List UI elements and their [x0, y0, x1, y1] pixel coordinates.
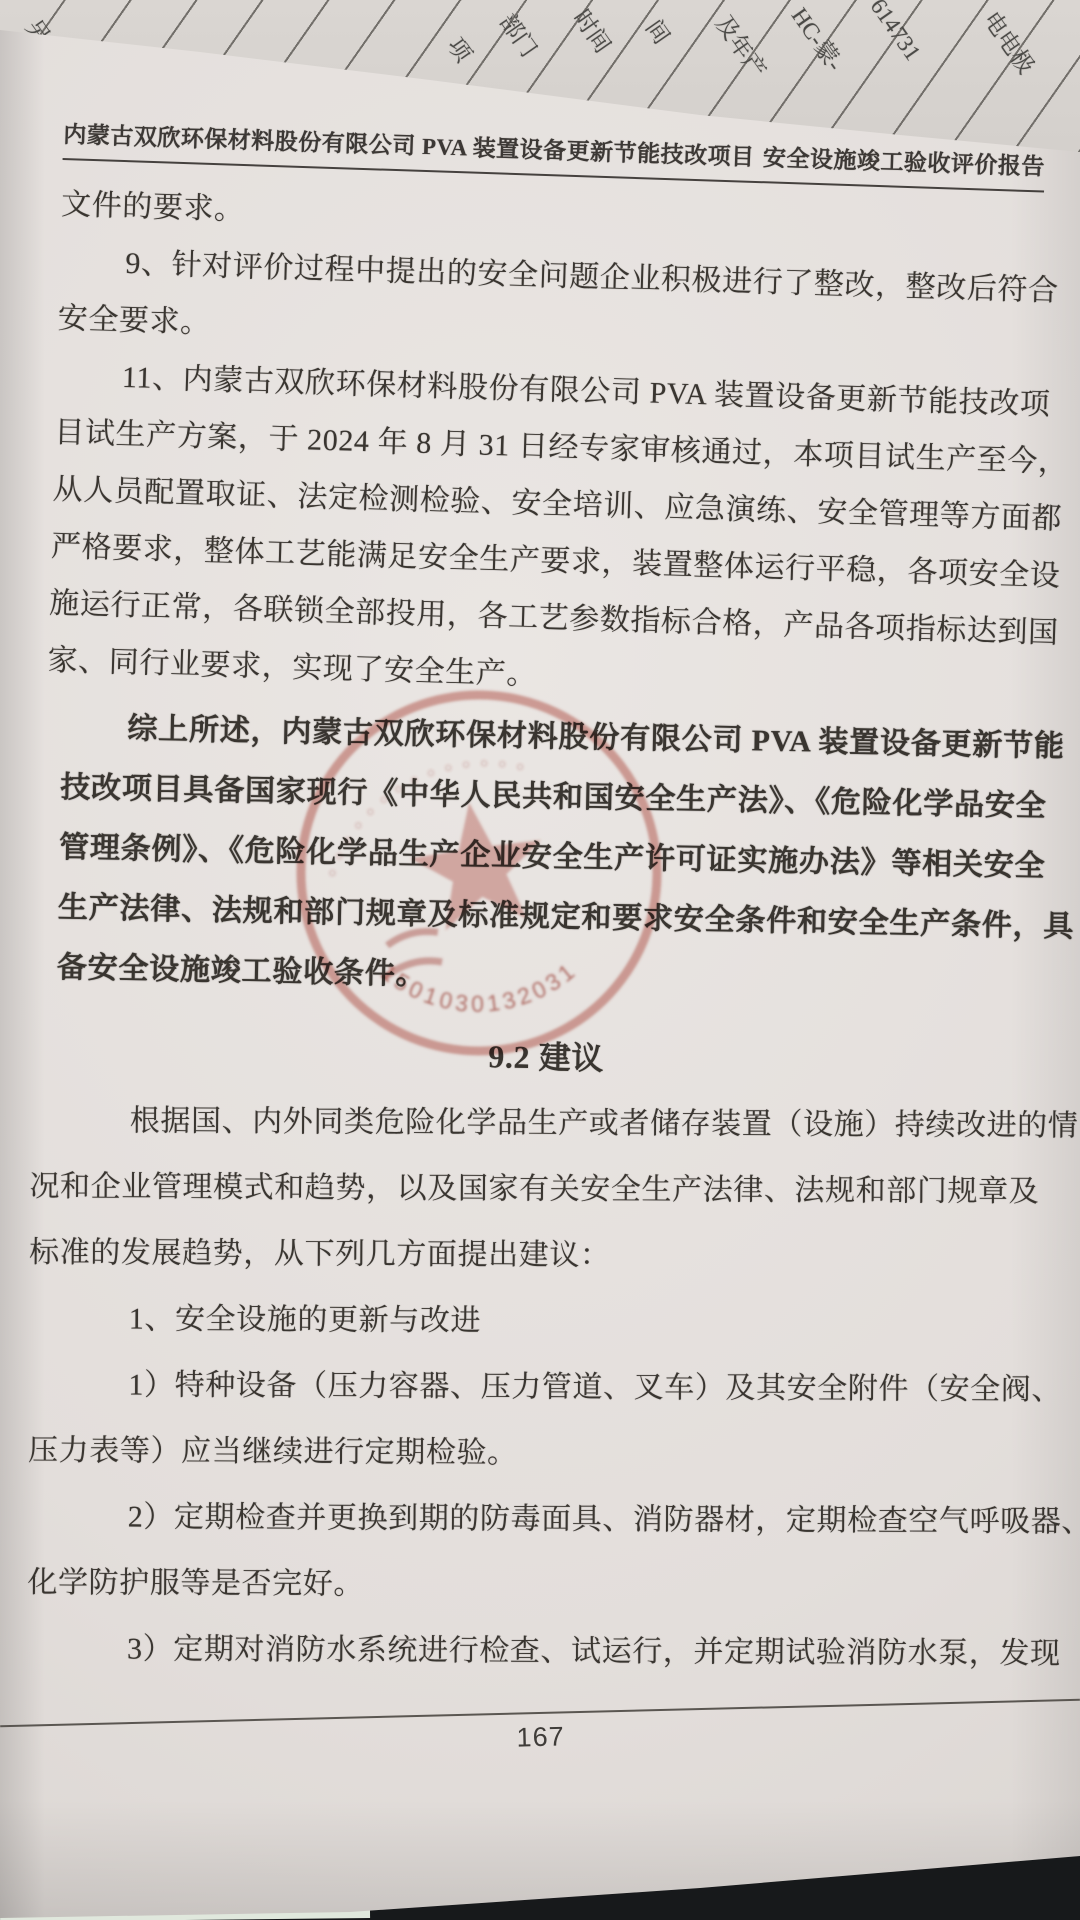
page-footer: 167: [0, 1699, 1080, 1766]
seal-handwriting-strokes: [378, 929, 443, 978]
text-line: 根据国、内外同类危险化学品生产或者储存装置（设施）持续改进的情: [30, 1088, 1044, 1159]
backdrop-text-fragment: 614731: [865, 0, 926, 65]
backdrop-text-fragment: 部门: [493, 6, 546, 63]
text-line: 2）定期检查并更换到期的防毒面具、消防器材，定期检查空气呼吸器、: [28, 1484, 1042, 1555]
header-title-left: 内蒙古双欣环保材料股份有限公司 PVA 装置设备更新节能技改项目: [63, 116, 755, 172]
text-line: 标准的发展趋势，从下列几方面提出建议：: [29, 1220, 1043, 1291]
body-section-top: 文件的要求。9、针对评价过程中提出的安全问题企业积极进行了整改，整改后符合安全要…: [47, 176, 1044, 718]
backdrop-text-fragment: 项: [441, 30, 481, 68]
seal-number: 1501030132031: [373, 933, 586, 1032]
backdrop-text-fragment: 及年产: [709, 8, 776, 83]
text-line: 1）特种设备（压力容器、压力管道、叉车）及其安全附件（安全阀、: [28, 1352, 1042, 1423]
text-line: 1、安全设施的更新与改进: [29, 1286, 1043, 1357]
star-icon: [404, 794, 552, 934]
text-line: 压力表等）应当继续进行定期检验。: [28, 1418, 1042, 1489]
body-section-suggestions: 根据国、内外同类危险化学品生产或者储存装置（设施）持续改进的情况和企业管理模式和…: [27, 1088, 1044, 1687]
text-line: 况和企业管理模式和趋势，以及国家有关安全生产法律、法规和部门规章及: [29, 1154, 1043, 1225]
header-title-right: 安全设施竣工验收评价报告: [763, 139, 1046, 181]
backdrop-text-fragment: HC-蒙-: [785, 0, 852, 76]
official-seal-stamp: ◦◦◦◦◦◦◦◦◦◦◦◦◦◦ 1501030132031: [263, 657, 694, 1088]
text-line: 3）定期对消防水系统进行检查、试运行，并定期试验消防水泵，发现: [27, 1616, 1041, 1687]
seal-graphic: ◦◦◦◦◦◦◦◦◦◦◦◦◦◦ 1501030132031: [263, 657, 694, 1088]
page-number: 167: [0, 1709, 1080, 1766]
backdrop-text-fragment: 间: [639, 12, 679, 50]
text-line: 化学防护服等是否完好。: [27, 1550, 1041, 1621]
backdrop-text-fragment: 电电极: [977, 4, 1044, 79]
backdrop-text-fragment: 时间: [567, 2, 620, 59]
